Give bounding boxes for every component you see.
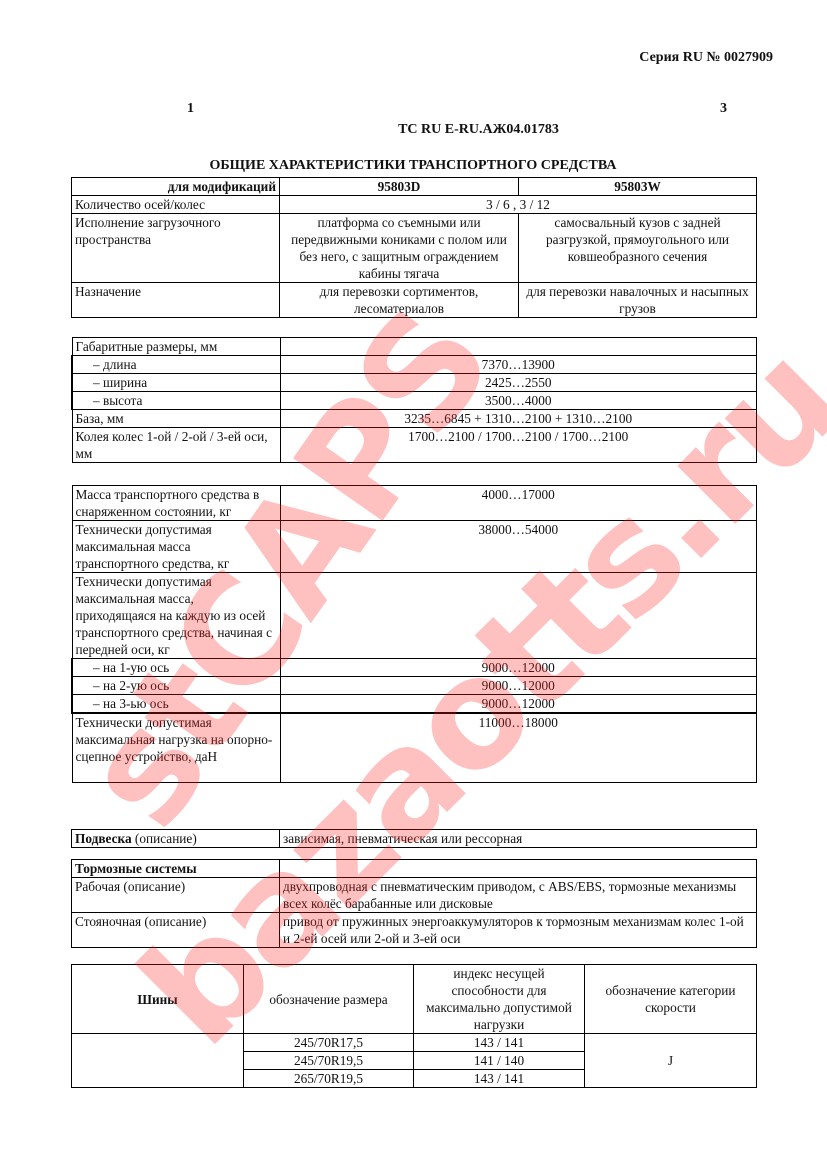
width-label: – ширина [72, 374, 280, 392]
track-label: Колея колес 1-ой / 2-ой / 3-ей оси, мм [72, 428, 280, 463]
axle3-label: – на 3-ью ось [72, 695, 280, 714]
table-row: – ширина 2425…2550 [72, 374, 757, 392]
table-row: Габаритные размеры, мм [72, 338, 757, 356]
brakes-title: Тормозные системы [72, 860, 280, 878]
table-row: Тормозные системы [72, 860, 757, 878]
table-row: – высота 3500…4000 [72, 392, 757, 410]
page-number-right: 3 [720, 101, 727, 117]
table-row: Масса транспортного средства в снаряженн… [72, 486, 757, 521]
speed-category: J [585, 1034, 757, 1088]
cargo-label: Исполнение загрузочного пространства [72, 214, 280, 283]
table-row: – длина 7370…13900 [72, 356, 757, 374]
suspension-table: Подвеска (описание) зависимая, пневматич… [71, 829, 757, 848]
cargo-value-w: самосвальный кузов с задней разгрузкой, … [519, 214, 757, 283]
load-index: 143 / 141 [414, 1070, 585, 1088]
table-row: Технически допустимая максимальная масса… [72, 573, 757, 659]
axle3-value: 9000…12000 [280, 695, 757, 714]
track-value: 1700…2100 / 1700…2100 / 1700…2100 [280, 428, 757, 463]
base-label: База, мм [72, 410, 280, 428]
suspension-label-rest: (описание) [132, 831, 197, 846]
page-number-left: 1 [187, 101, 194, 117]
service-brake-value: двухпроводная с пневматическим приводом,… [280, 878, 757, 913]
tire-size: 245/70R17,5 [244, 1034, 414, 1052]
page-title: ОБЩИЕ ХАРАКТЕРИСТИКИ ТРАНСПОРТНОГО СРЕДС… [70, 158, 756, 174]
coupling-load-value: 11000…18000 [280, 713, 757, 783]
cargo-value-d: платформа со съемными или передвижными к… [280, 214, 519, 283]
axle1-label: – на 1-ую ось [72, 659, 280, 677]
load-index-header: индекс несущей способности для максималь… [414, 965, 585, 1034]
dimensions-label: Габаритные размеры, мм [72, 338, 280, 356]
table-row: для модификаций 95803D 95803W [72, 178, 757, 196]
service-brake-label: Рабочая (описание) [72, 878, 280, 913]
model-95803W: 95803W [519, 178, 757, 196]
axles-label: Количество осей/колес [72, 196, 280, 214]
coupling-load-label: Технически допустимая максимальная нагру… [72, 713, 280, 783]
length-value: 7370…13900 [280, 356, 757, 374]
load-index: 143 / 141 [414, 1034, 585, 1052]
speed-category-header: обозначение категории скорости [585, 965, 757, 1034]
axle2-value: 9000…12000 [280, 677, 757, 695]
table-row: – на 2-ую ось 9000…12000 [72, 677, 757, 695]
tires-table: Шины обозначение размера индекс несущей … [71, 964, 757, 1088]
tire-size: 245/70R19,5 [244, 1052, 414, 1070]
series-number: Серия RU № 0027909 [639, 50, 773, 66]
max-mass-label: Технически допустимая максимальная масса… [72, 521, 280, 573]
parking-brake-value: привод от пружинных энергоаккумуляторов … [280, 913, 757, 948]
modifications-header: для модификаций [72, 178, 280, 196]
table-row: База, мм 3235…6845 + 1310…2100 + 1310…21… [72, 410, 757, 428]
length-label: – длина [72, 356, 280, 374]
mass-table: Масса транспортного средства в снаряженн… [71, 485, 757, 783]
suspension-label: Подвеска (описание) [72, 830, 280, 848]
dimensions-table: Габаритные размеры, мм – длина 7370…1390… [71, 337, 757, 463]
table-row: – на 1-ую ось 9000…12000 [72, 659, 757, 677]
table-row: Подвеска (описание) зависимая, пневматич… [72, 830, 757, 848]
table-row: – на 3-ью ось 9000…12000 [72, 695, 757, 714]
table-row: Стояночная (описание) привод от пружинны… [72, 913, 757, 948]
model-95803D: 95803D [280, 178, 519, 196]
table-row: 245/70R17,5 143 / 141 J [72, 1034, 757, 1052]
document-id: ТС RU E-RU.АЖ04.01783 [0, 122, 827, 138]
axles-value: 3 / 6 , 3 / 12 [280, 196, 757, 214]
tire-size: 265/70R19,5 [244, 1070, 414, 1088]
table-row: Технически допустимая максимальная нагру… [72, 713, 757, 783]
height-value: 3500…4000 [280, 392, 757, 410]
height-label: – высота [72, 392, 280, 410]
purpose-value-d: для перевозки сортиментов, лесоматериало… [280, 283, 519, 318]
tires-title: Шины [72, 965, 244, 1034]
curb-mass-label: Масса транспортного средства в снаряженн… [72, 486, 280, 521]
axle1-value: 9000…12000 [280, 659, 757, 677]
width-value: 2425…2550 [280, 374, 757, 392]
table-row: Колея колес 1-ой / 2-ой / 3-ей оси, мм 1… [72, 428, 757, 463]
load-index: 141 / 140 [414, 1052, 585, 1070]
brakes-table: Тормозные системы Рабочая (описание) дву… [71, 859, 757, 948]
curb-mass-value: 4000…17000 [280, 486, 757, 521]
table-row: Рабочая (описание) двухпроводная с пневм… [72, 878, 757, 913]
modifications-table: для модификаций 95803D 95803W Количество… [71, 177, 757, 318]
max-mass-value: 38000…54000 [280, 521, 757, 573]
axle2-label: – на 2-ую ось [72, 677, 280, 695]
axle-mass-label: Технически допустимая максимальная масса… [72, 573, 280, 659]
suspension-label-bold: Подвеска [75, 831, 132, 846]
base-value: 3235…6845 + 1310…2100 + 1310…2100 [280, 410, 757, 428]
purpose-value-w: для перевозки навалочных и насыпных груз… [519, 283, 757, 318]
parking-brake-label: Стояночная (описание) [72, 913, 280, 948]
table-row: Количество осей/колес 3 / 6 , 3 / 12 [72, 196, 757, 214]
table-row: Технически допустимая максимальная масса… [72, 521, 757, 573]
table-row: Шины обозначение размера индекс несущей … [72, 965, 757, 1034]
tire-size-header: обозначение размера [244, 965, 414, 1034]
table-row: Исполнение загрузочного пространства пла… [72, 214, 757, 283]
table-row: Назначение для перевозки сортиментов, ле… [72, 283, 757, 318]
suspension-value: зависимая, пневматическая или рессорная [280, 830, 757, 848]
purpose-label: Назначение [72, 283, 280, 318]
